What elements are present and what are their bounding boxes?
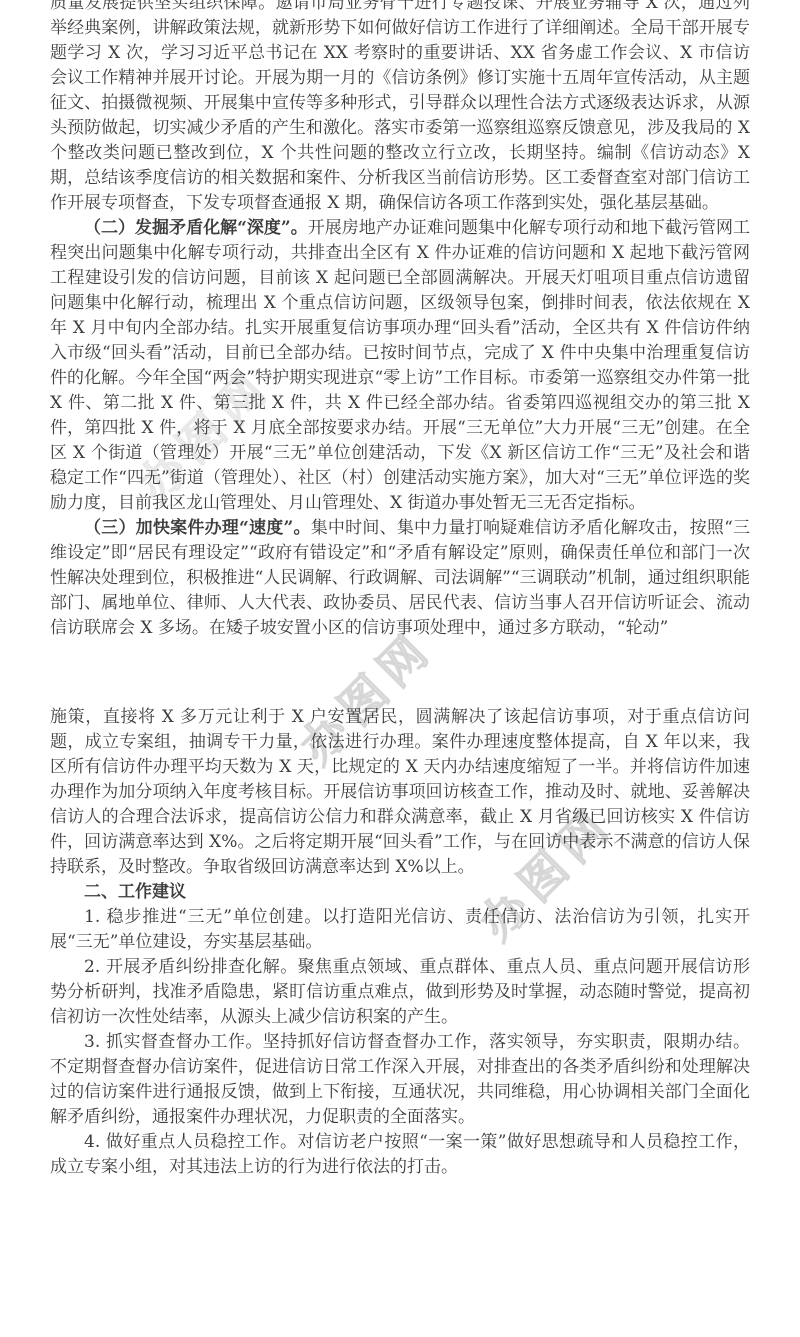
suggestion-item-2: 2. 开展矛盾纠纷排查化解。聚焦重点领域、重点群体、重点人员、重点问题开展信访形… [50, 955, 750, 1030]
document-page: 办图网 办图网 办图网 质量发展提供坚实组织保障。邀请市局业务骨干进行专题授课、… [0, 0, 800, 1337]
document-body: 质量发展提供坚实组织保障。邀请市局业务骨干进行专题授课、开展业务辅导 X 次，通… [50, 0, 750, 1180]
suggestion-item-4: 4. 做好重点人员稳控工作。对信访老户按照“一案一策”做好思想疏导和人员稳控工作… [50, 1130, 750, 1180]
paragraph-continuation-top: 质量发展提供坚实组织保障。邀请市局业务骨干进行专题授课、开展业务辅导 X 次，通… [50, 0, 750, 216]
paragraph-section-3: （三）加快案件办理“速度”。集中时间、集中力量打响疑难信访矛盾化解攻击，按照“三… [50, 516, 750, 641]
heading-work-suggestions: 二、工作建议 [50, 880, 750, 905]
paragraph-continuation-page2: 施策，直接将 X 多万元让利于 X 户安置居民，圆满解决了该起信访事项，对于重点… [50, 705, 750, 880]
page-break-gap [50, 641, 750, 705]
suggestion-item-1: 1. 稳步推进“三无”单位创建。以打造阳光信访、责任信访、法治信访为引领，扎实开… [50, 905, 750, 955]
suggestion-item-3: 3. 抓实督查督办工作。坚持抓好信访督查督办工作，落实领导，夯实职责，限期办结。… [50, 1030, 750, 1130]
section-3-lead: （三）加快案件办理“速度”。 [84, 518, 311, 538]
paragraph-section-2: （二）发掘矛盾化解“深度”。开展房地产办证难问题集中化解专项行动和地下截污管网工… [50, 216, 750, 516]
section-2-text: 开展房地产办证难问题集中化解专项行动和地下截污管网工程突出问题集中化解专项行动，… [50, 218, 750, 513]
section-2-lead: （二）发掘矛盾化解“深度”。 [84, 218, 308, 238]
